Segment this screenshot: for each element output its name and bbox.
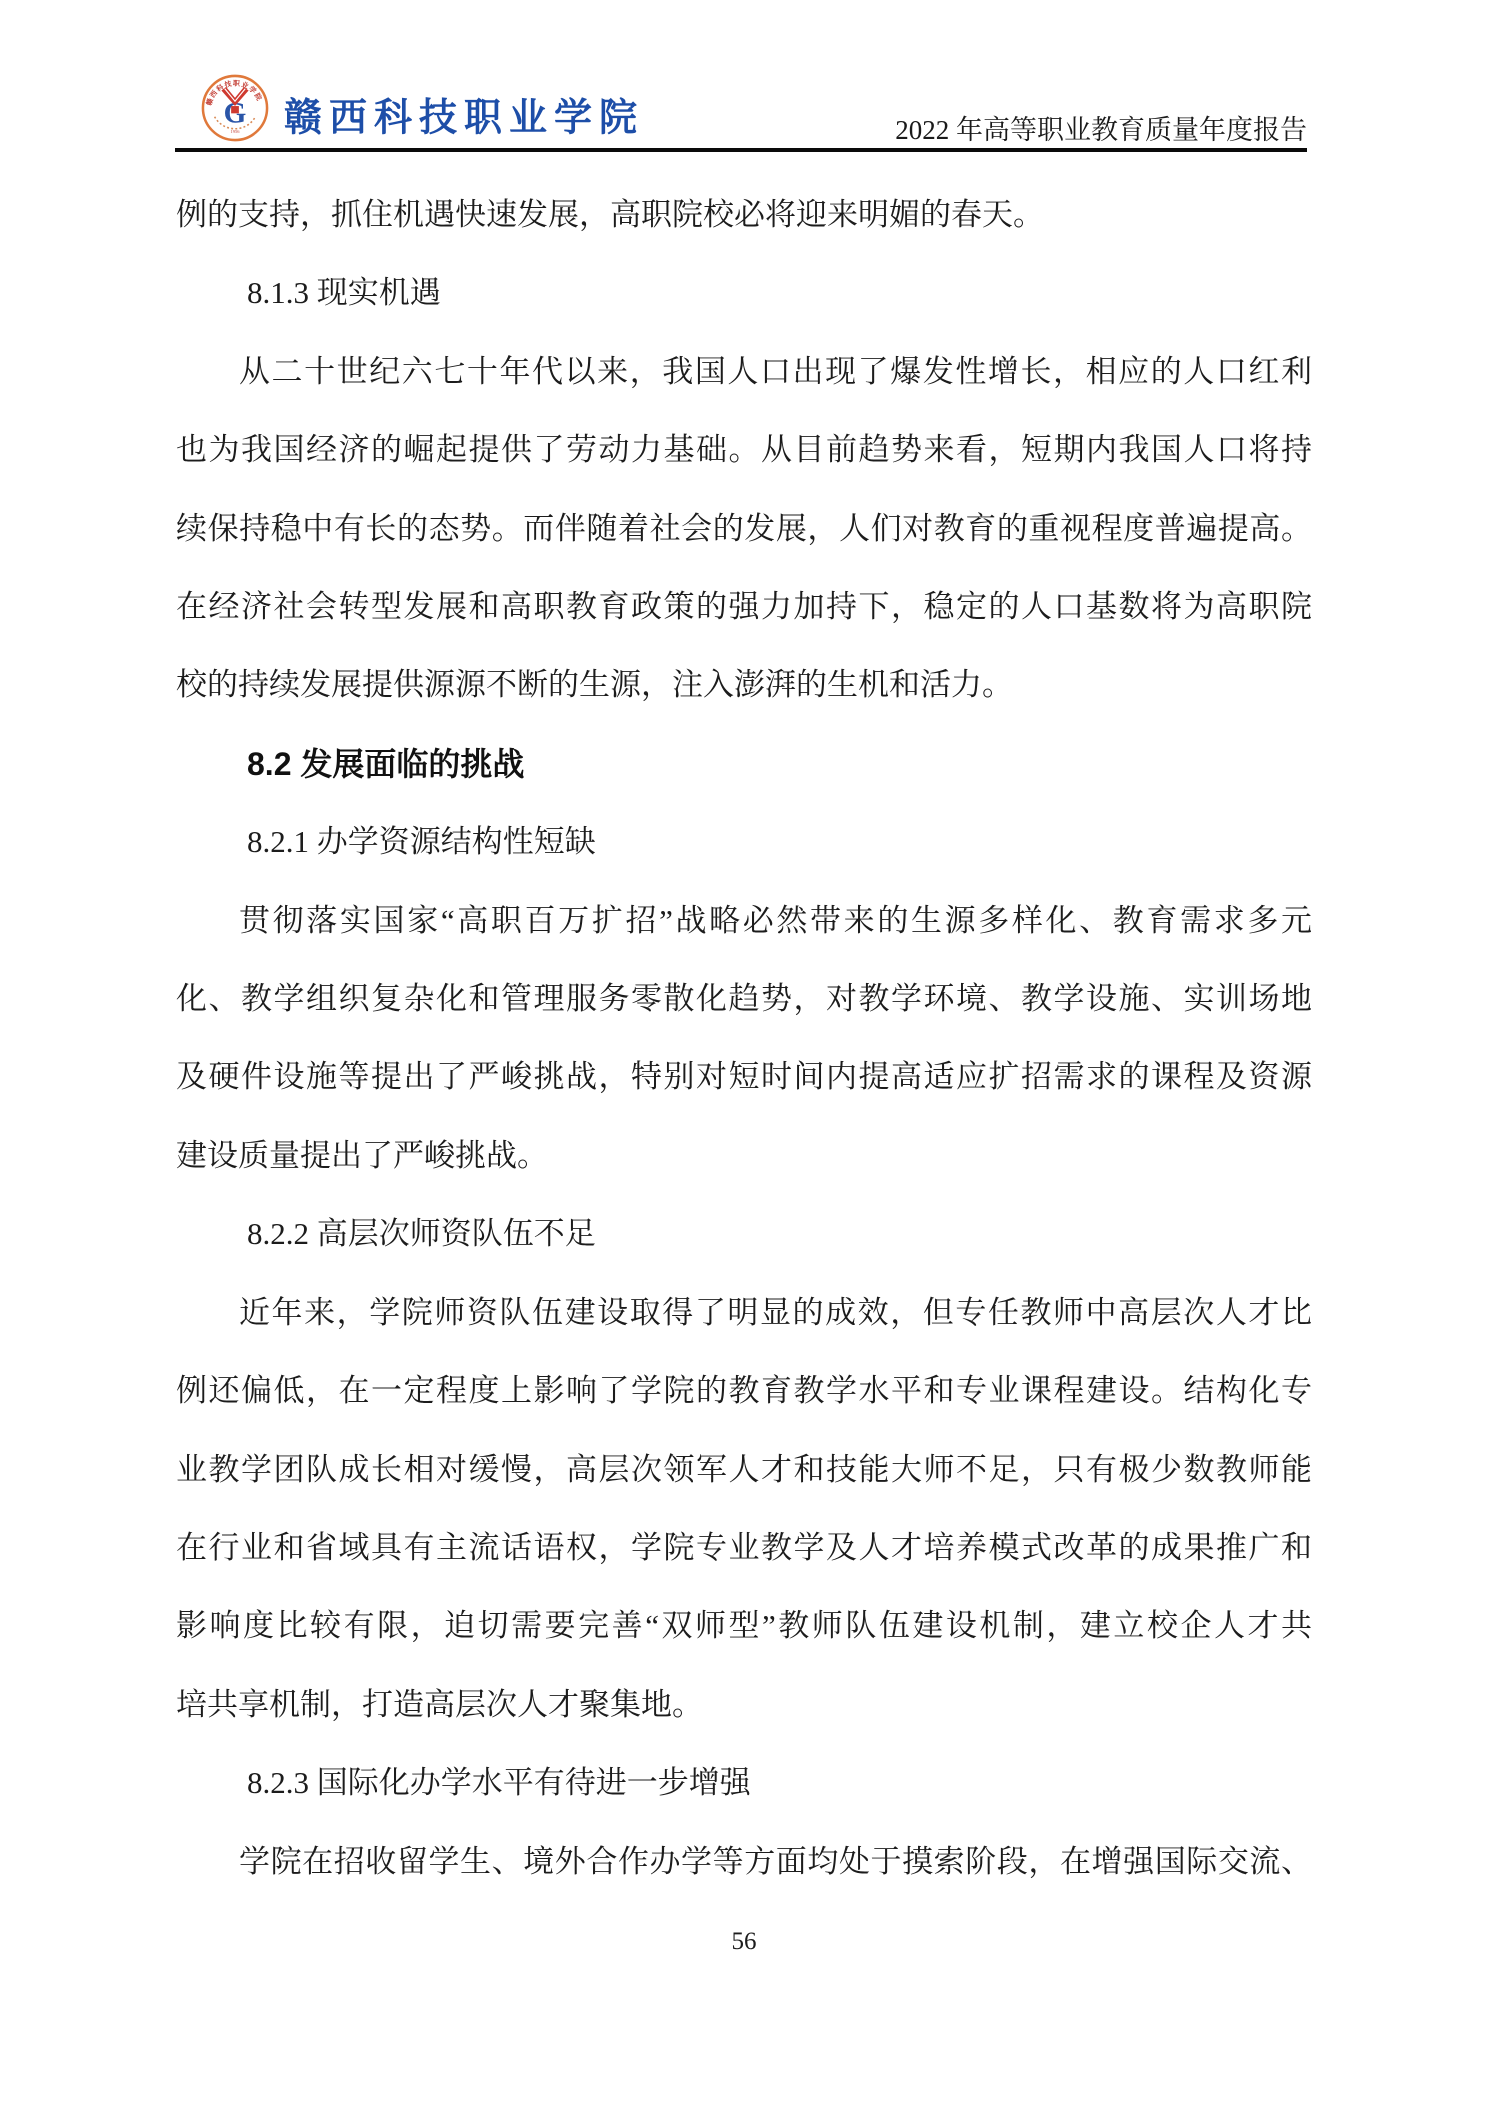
body-line: 在行业和省域具有主流话语权，学院专业教学及人才培养模式改革的成果推广和 [176, 1509, 1312, 1587]
document-page: 赣西科技职业学院 G 1956 赣西科技职业学院 2022 年高等职业教育质量年… [0, 0, 1488, 2105]
body-line: 贯彻落实国家“高职百万扩招”战略必然带来的生源多样化、教育需求多元 [176, 882, 1312, 960]
body-line: 也为我国经济的崛起提供了劳动力基础。从目前趋势来看，短期内我国人口将持 [176, 411, 1312, 489]
page-number: 56 [0, 1928, 1488, 1956]
document-body: 例的支持，抓住机遇快速发展，高职院校必将迎来明媚的春天。 8.1.3 现实机遇 … [176, 176, 1312, 1901]
body-line: 校的持续发展提供源源不断的生源，注入澎湃的生机和活力。 [176, 646, 1312, 724]
body-line: 化、教学组织复杂化和管理服务零散化趋势，对教学环境、教学设施、实训场地 [176, 960, 1312, 1038]
body-line: 从二十世纪六七十年代以来，我国人口出现了爆发性增长，相应的人口红利 [176, 333, 1312, 411]
section-heading: 8.2 发展面临的挑战 [176, 725, 1312, 803]
logo-center-mark [231, 106, 239, 113]
school-name: 赣西科技职业学院 [284, 85, 644, 141]
body-line: 建设质量提出了严峻挑战。 [176, 1117, 1312, 1195]
body-line: 业教学团队成长相对缓慢，高层次领军人才和技能大师不足，只有极少数教师能 [176, 1431, 1312, 1509]
body-line: 续保持稳中有长的态势。而伴随着社会的发展，人们对教育的重视程度普遍提高。 [176, 490, 1312, 568]
subsection-heading: 8.2.1 办学资源结构性短缺 [176, 803, 1312, 881]
logo-year: 1956 [231, 129, 241, 134]
body-line: 及硬件设施等提出了严峻挑战，特别对短时间内提高适应扩招需求的课程及资源 [176, 1038, 1312, 1116]
header-divider [175, 148, 1307, 152]
body-line: 例还偏低，在一定程度上影响了学院的教育教学水平和专业课程建设。结构化专 [176, 1352, 1312, 1430]
subsection-heading: 8.2.2 高层次师资队伍不足 [176, 1195, 1312, 1273]
school-logo-icon: 赣西科技职业学院 G 1956 [201, 73, 269, 143]
report-title: 2022 年高等职业教育质量年度报告 [895, 108, 1307, 147]
body-line: 培共享机制，打造高层次人才聚集地。 [176, 1666, 1312, 1744]
body-line: 例的支持，抓住机遇快速发展，高职院校必将迎来明媚的春天。 [176, 176, 1312, 254]
page-header: 赣西科技职业学院 G 1956 赣西科技职业学院 2022 年高等职业教育质量年… [0, 0, 1488, 160]
body-line: 学院在招收留学生、境外合作办学等方面均处于摸索阶段，在增强国际交流、 [176, 1823, 1312, 1901]
body-line: 影响度比较有限，迫切需要完善“双师型”教师队伍建设机制，建立校企人才共 [176, 1587, 1312, 1665]
body-line: 在经济社会转型发展和高职教育政策的强力加持下，稳定的人口基数将为高职院 [176, 568, 1312, 646]
body-line: 近年来，学院师资队伍建设取得了明显的成效，但专任教师中高层次人才比 [176, 1274, 1312, 1352]
subsection-heading: 8.1.3 现实机遇 [176, 254, 1312, 332]
subsection-heading: 8.2.3 国际化办学水平有待进一步增强 [176, 1744, 1312, 1822]
